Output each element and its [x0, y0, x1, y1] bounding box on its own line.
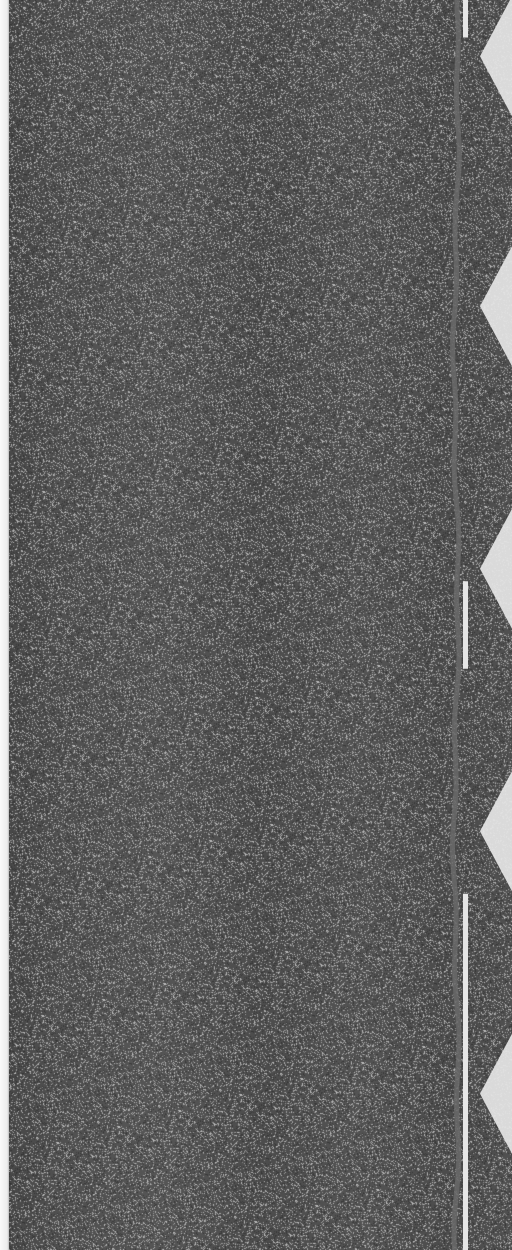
road-markings	[0, 0, 512, 1250]
chevron-markings	[480, 0, 512, 1154]
chevron-marking	[480, 1034, 512, 1154]
chevron-marking	[480, 0, 512, 116]
chevron-marking	[480, 509, 512, 629]
lane-line-segment	[463, 581, 468, 669]
lane-line-segment	[463, 894, 468, 1250]
lane-line-segment	[463, 0, 468, 38]
crack-seal-seam	[453, 0, 460, 1250]
chevron-marking	[480, 246, 512, 366]
lane-line	[463, 0, 468, 1250]
seam-path	[453, 0, 460, 1250]
chevron-marking	[480, 771, 512, 891]
road-aerial-image	[0, 0, 512, 1250]
